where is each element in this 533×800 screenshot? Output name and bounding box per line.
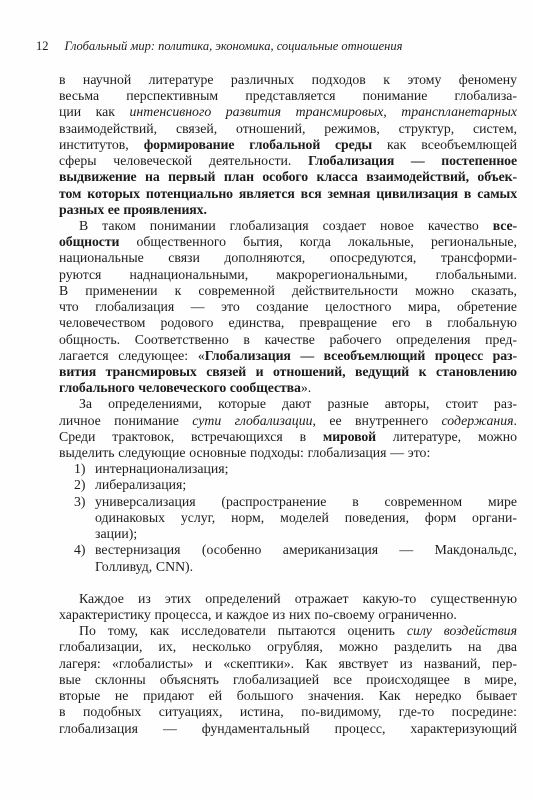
text-run: сути глобализации [192,413,312,428]
text-line: вые склонны объяснять глобализацией все … [59,672,517,688]
text-line: общности общественного бытия, когда лока… [59,234,517,250]
text-line: в научной литературе различных подходов … [59,72,517,88]
text-run: все- [493,218,517,233]
text-run: ». [301,380,311,395]
text-run: как всеобъемлющей [372,137,517,152]
text-run: лагается следующее: « [59,348,205,363]
text-run: общественного бытия, когда локальные, ре… [119,234,517,249]
text-run: взаимодействий, связей, отношений, режим… [59,121,517,136]
text-run: вития трансмировых связей и отношений, в… [59,364,517,379]
text-line: глобализации, их, несколько огрубляя, мо… [59,639,517,655]
text-run: . [514,413,517,428]
text-run: общность. Соответственно в качестве рабо… [59,332,517,347]
text-run: в научной литературе различных подходов … [59,72,517,87]
list-marker: 2) [74,477,86,493]
text-run: лагеря: «глобалисты» и «скептики». Как я… [59,656,517,671]
text-run: В таком понимании глобализация создает н… [79,218,493,233]
text-line: Голливуд, CNN). [95,559,517,575]
text-line: вития трансмировых связей и отношений, в… [59,364,517,380]
text-run: глобального человеческого сообщества [59,380,301,395]
text-run: вые склонны объяснять глобализацией все … [59,672,517,687]
text-line: выделить следующие основные подходы: гло… [59,445,517,461]
text-line: в подобных ситуациях, истина, по-видимом… [59,704,517,720]
text-line: Каждое из этих определений отражает каку… [59,591,517,607]
text-run: , ее внутреннего [313,413,442,428]
list-marker: 4) [74,542,86,558]
paragraph: Каждое из этих определений отражает каку… [59,591,517,623]
text-line: личное понимание сути глобализации, ее в… [59,413,517,429]
list-marker: 1) [74,461,86,477]
text-run: Глобализация — постепенное [308,153,517,168]
text-run: что глобализация — это создание целостно… [59,299,517,314]
text-line: одинаковых услуг, норм, моделей поведени… [95,510,517,526]
text-run: В применении к современной действительно… [59,283,517,298]
text-run: руются наднациональными, макрорегиональн… [59,267,517,282]
text-line: В применении к современной действительно… [59,283,517,299]
list-item: 4)вестернизация (особенно американизация… [59,542,517,574]
list-item: 1)интернационализация; [59,461,517,477]
running-title: Глобальный мир: политика, экономика, соц… [65,39,403,53]
text-run: институтов, [59,137,144,152]
text-run: одинаковых услуг, норм, моделей поведени… [95,510,517,525]
text-run: разных ее проявлениях. [59,202,207,217]
list-item: 2)либерализация; [59,477,517,493]
text-run: интенсивного развития трансмировых, тран… [130,104,517,119]
text-run: в подобных ситуациях, истина, по-видимом… [59,704,517,719]
text-run: характеристику процесса, и каждое из них… [59,607,457,622]
list-item: 3)универсализация (распространение в сов… [59,494,517,543]
paragraph: в научной литературе различных подходов … [59,72,517,218]
text-run: По тому, как исследователи пытаются оцен… [79,623,407,638]
text-line: вторые не придают ей большого значения. … [59,688,517,704]
text-run: глобализация — фундаментальный процесс, … [59,721,517,736]
text-run: сферы человеческой деятельности. [59,153,308,168]
text-line: национальные связи дополняются, опосреду… [59,250,517,266]
text-line: сферы человеческой деятельности. Глобали… [59,153,517,169]
text-line: лагеря: «глобалисты» и «скептики». Как я… [59,656,517,672]
text-run: ции как [59,104,130,119]
text-run: выделить следующие основные подходы: гло… [59,445,430,460]
text-run: зации); [95,526,137,541]
text-run: Голливуд, CNN). [95,559,193,574]
text-run: Среди трактовок, встречающихся в [59,429,323,444]
text-run: общности [59,234,119,249]
text-run: За определениями, которые дают разные ав… [79,396,517,411]
text-line: ции как интенсивного развития трансмиров… [59,104,517,120]
text-line: институтов, формирование глобальной сред… [59,137,517,153]
text-line: лагается следующее: «Глобализация — всео… [59,348,517,364]
text-run: мировой [323,429,376,444]
list-marker: 3) [74,494,86,510]
book-page: 12Глобальный мир: политика, экономика, с… [0,0,533,800]
text-line: выдвижение на первый план особого класса… [59,169,517,185]
text-line: характеристику процесса, и каждое из них… [59,607,517,623]
text-run: Каждое из этих определений отражает каку… [79,591,517,606]
text-line: человечеством родового единства, превращ… [59,315,517,331]
text-run: силу воздействия [407,623,517,638]
text-line: разных ее проявлениях. [59,202,517,218]
text-run: национальные связи дополняются, опосреду… [59,250,517,265]
text-run: том которых потенциально является вся зе… [59,186,517,201]
text-run: вторые не придают ей большого значения. … [59,688,517,703]
text-run: Глобализация — всеобъемлющий процесс раз… [205,348,517,363]
text-run: интернационализация; [95,461,228,476]
text-run: личное понимание [59,413,192,428]
text-line: весьма перспективным представляется пони… [59,88,517,104]
running-header: 12Глобальный мир: политика, экономика, с… [36,39,402,53]
text-line: либерализация; [95,477,517,493]
paragraph: За определениями, которые дают разные ав… [59,396,517,461]
text-line: глобализация — фундаментальный процесс, … [59,721,517,737]
text-line: руются наднациональными, макрорегиональн… [59,267,517,283]
text-line: зации); [95,526,517,542]
text-line: За определениями, которые дают разные ав… [59,396,517,412]
text-run: весьма перспективным представляется пони… [59,88,517,103]
text-line: общность. Соответственно в качестве рабо… [59,332,517,348]
text-line: Среди трактовок, встречающихся в мировой… [59,429,517,445]
text-run: человечеством родового единства, превращ… [59,315,517,330]
text-line: В таком понимании глобализация создает н… [59,218,517,234]
page-body: в научной литературе различных подходов … [59,72,517,737]
text-run: литературе, можно [376,429,517,444]
text-run: формирование глобальной среды [144,137,372,152]
text-run: глобализации, их, несколько огрубляя, мо… [59,639,517,654]
text-line: глобального человеческого сообщества». [59,380,517,396]
page-number: 12 [36,39,49,53]
text-line: взаимодействий, связей, отношений, режим… [59,121,517,137]
text-line: том которых потенциально является вся зе… [59,186,517,202]
text-run: универсализация (распространение в совре… [95,494,517,509]
text-line: По тому, как исследователи пытаются оцен… [59,623,517,639]
text-run: выдвижение на первый план особого класса… [59,169,517,184]
text-line: вестернизация (особенно американизация —… [95,542,517,558]
paragraph: В таком понимании глобализация создает н… [59,218,517,396]
paragraph: По тому, как исследователи пытаются оцен… [59,623,517,737]
text-line: что глобализация — это создание целостно… [59,299,517,315]
text-run: содержания [442,413,514,428]
text-run: вестернизация (особенно американизация —… [95,542,517,557]
text-line: универсализация (распространение в совре… [95,494,517,510]
text-run: либерализация; [95,477,186,492]
text-line: интернационализация; [95,461,517,477]
